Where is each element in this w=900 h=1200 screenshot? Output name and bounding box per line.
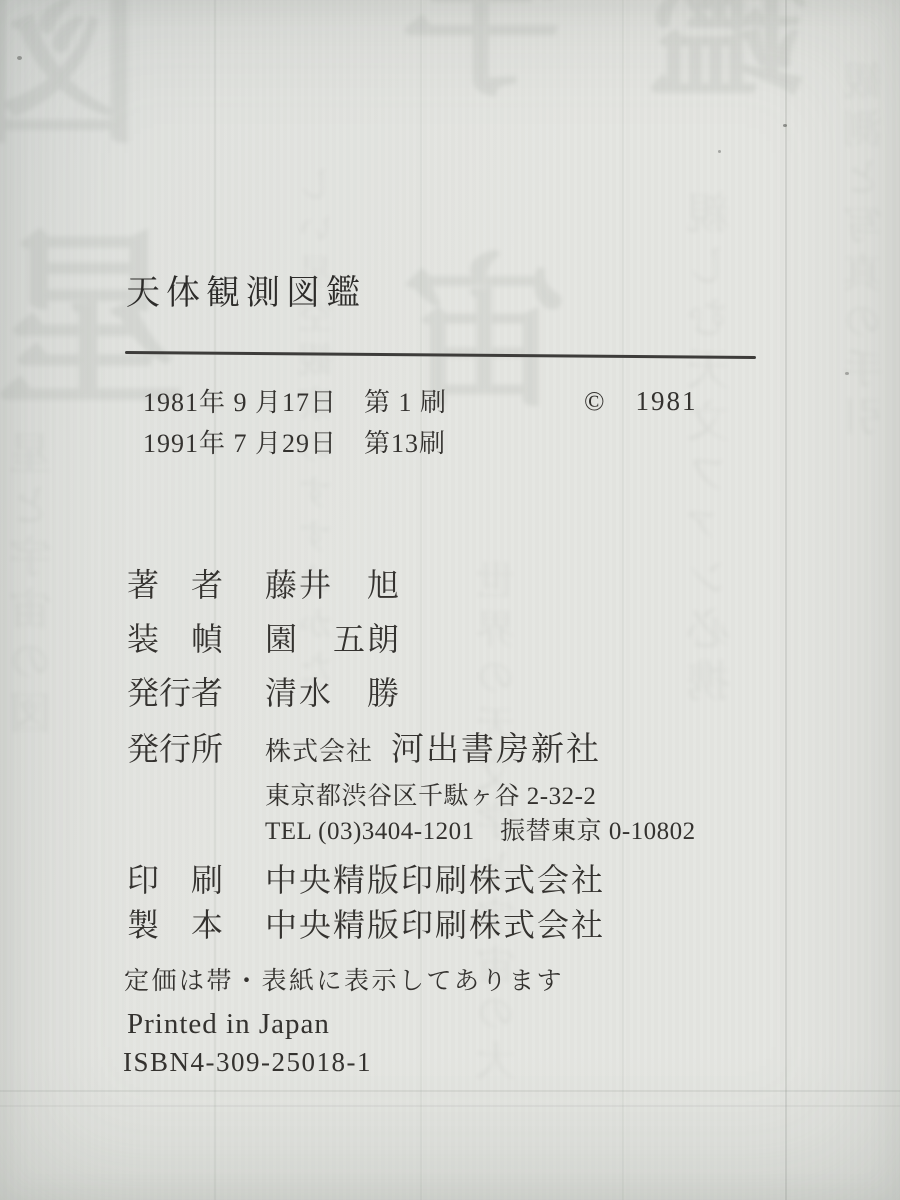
designer-name: 園 五朗 bbox=[265, 621, 401, 657]
printer-row: 印 刷中央精版印刷株式会社 bbox=[127, 864, 605, 896]
author-label: 著 者 bbox=[127, 569, 265, 601]
current-printing-line: 1991年 7 月29日 第13刷 bbox=[143, 431, 446, 457]
issuer-row: 発行者清水 勝 bbox=[127, 677, 401, 709]
publisher-label: 発行所 bbox=[127, 733, 265, 765]
binder-row: 製 本中央精版印刷株式会社 bbox=[127, 909, 605, 941]
publisher-corporate-prefix: 株式会社 bbox=[265, 737, 373, 766]
publisher-telephone: TEL (03)3404-1201 振替東京 0-10802 bbox=[265, 819, 696, 844]
author-row: 著 者藤井 旭 bbox=[127, 569, 401, 601]
printer-label: 印 刷 bbox=[127, 864, 265, 896]
author-name: 藤井 旭 bbox=[265, 567, 401, 603]
page-gutter-line bbox=[785, 0, 787, 1200]
first-printing-line: 1981年 9 月17日 第 1 刷 bbox=[143, 390, 447, 416]
bleed-through-text-column: 観測と写真の手引 bbox=[845, 60, 887, 444]
bleed-through-char: 図 bbox=[0, 0, 145, 159]
binder-name: 中央精版印刷株式会社 bbox=[265, 907, 605, 943]
paper-speck bbox=[845, 372, 849, 375]
binder-label: 製 本 bbox=[127, 909, 265, 941]
book-title: 天体観測図鑑 bbox=[126, 276, 366, 310]
book-colophon-page: 図星宇宙鑑しい星空観察のすすめかた世界の天文学と宇宙の大親しむ天文ファン必携観測… bbox=[0, 0, 900, 1200]
designer-row: 装 幀園 五朗 bbox=[127, 623, 401, 655]
printed-in-japan: Printed in Japan bbox=[127, 1010, 330, 1039]
bleed-through-text-column: 親しむ天文ファン必携 bbox=[690, 190, 736, 710]
bleed-through-char: 鑑 bbox=[648, 0, 808, 113]
bleed-through-text-column: 星と宇宙の図 bbox=[12, 430, 58, 742]
price-notice: 定価は帯・表紙に表示してあります bbox=[124, 969, 564, 994]
paper-speck bbox=[783, 124, 787, 127]
publisher-address: 東京都渋谷区千駄ヶ谷 2-32-2 bbox=[265, 784, 596, 809]
title-divider-rule bbox=[125, 351, 756, 359]
show-through-column-line bbox=[420, 0, 422, 1200]
publisher-row: 発行所株式会社河出書房新社 bbox=[127, 733, 601, 767]
isbn-number: ISBN4-309-25018-1 bbox=[123, 1049, 372, 1076]
paper-speck bbox=[718, 150, 721, 153]
printer-name: 中央精版印刷株式会社 bbox=[265, 862, 605, 898]
paper-speck bbox=[17, 56, 22, 60]
copyright-notice: © 1981 bbox=[584, 388, 698, 415]
show-through-rule bbox=[0, 1090, 900, 1092]
issuer-label: 発行者 bbox=[127, 677, 265, 709]
publisher-name: 河出書房新社 bbox=[391, 732, 601, 768]
designer-label: 装 幀 bbox=[127, 623, 265, 655]
show-through-rule bbox=[0, 1105, 900, 1107]
bleed-through-char: 宇 bbox=[398, 0, 563, 111]
issuer-name: 清水 勝 bbox=[265, 675, 401, 711]
show-through-column-line bbox=[622, 0, 624, 1200]
